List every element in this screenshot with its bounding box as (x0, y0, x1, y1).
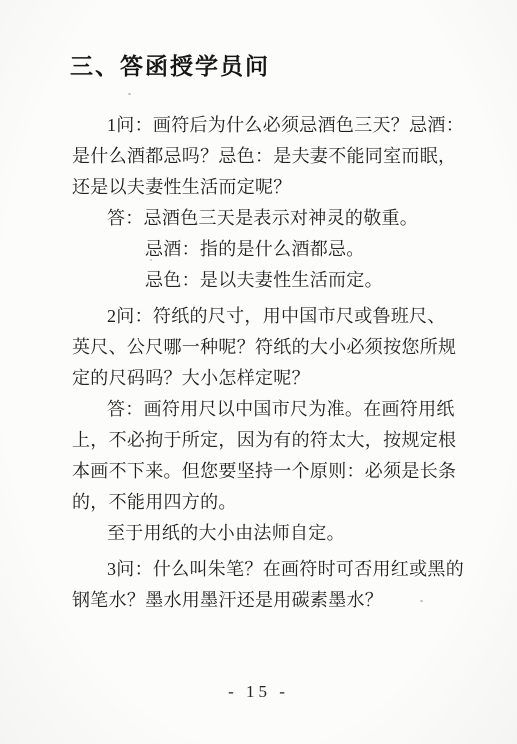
text-line: 2问：符纸的尺寸，用中国市尺或鲁班尺、 (72, 301, 462, 332)
text-line: 3问：什么叫朱笔？在画符时可否用红或黑的 (72, 554, 462, 585)
text-line: 还是以夫妻性生活而定呢？ (72, 172, 462, 203)
text-line: 定的尺码吗？大小怎样定呢？ (72, 363, 462, 394)
text-line: 钢笔水？墨水用墨汗还是用碳素墨水？ (72, 585, 462, 616)
scanned-book-page: 三、答函授学员问 1问：画符后为什么必须忌酒色三天？忌酒：是什么酒都忌吗？忌色：… (0, 0, 517, 744)
scan-speck (150, 259, 152, 261)
text-line: 答：画符用尺以中国市尺为准。在画符用纸 (72, 394, 462, 425)
text-line: 忌酒：指的是什么酒都忌。 (72, 234, 462, 265)
text-line: 忌色：是以夫妻性生活而定。 (72, 265, 462, 296)
text-line: 本画不下来。但您要坚持一个原则：必须是长条 (72, 456, 462, 487)
text-line: 是什么酒都忌吗？忌色：是夫妻不能同室而眠， (72, 141, 462, 172)
body-text: 1问：画符后为什么必须忌酒色三天？忌酒：是什么酒都忌吗？忌色：是夫妻不能同室而眠… (72, 110, 462, 616)
text-line: 的，不能用四方的。 (72, 487, 462, 518)
page-number: - 15 - (0, 682, 517, 702)
text-line: 至于用纸的大小由法师自定。 (72, 518, 462, 549)
scan-speck (128, 93, 131, 95)
text-line: 1问：画符后为什么必须忌酒色三天？忌酒： (72, 110, 462, 141)
text-line: 英尺、公尺哪一种呢？符纸的大小必须按您所规 (72, 332, 462, 363)
scan-speck (420, 600, 423, 602)
text-line: 答：忌酒色三天是表示对神灵的敬重。 (72, 203, 462, 234)
section-heading: 三、答函授学员问 (70, 48, 270, 81)
text-line: 上，不必拘于所定，因为有的符太大，按规定根 (72, 425, 462, 456)
